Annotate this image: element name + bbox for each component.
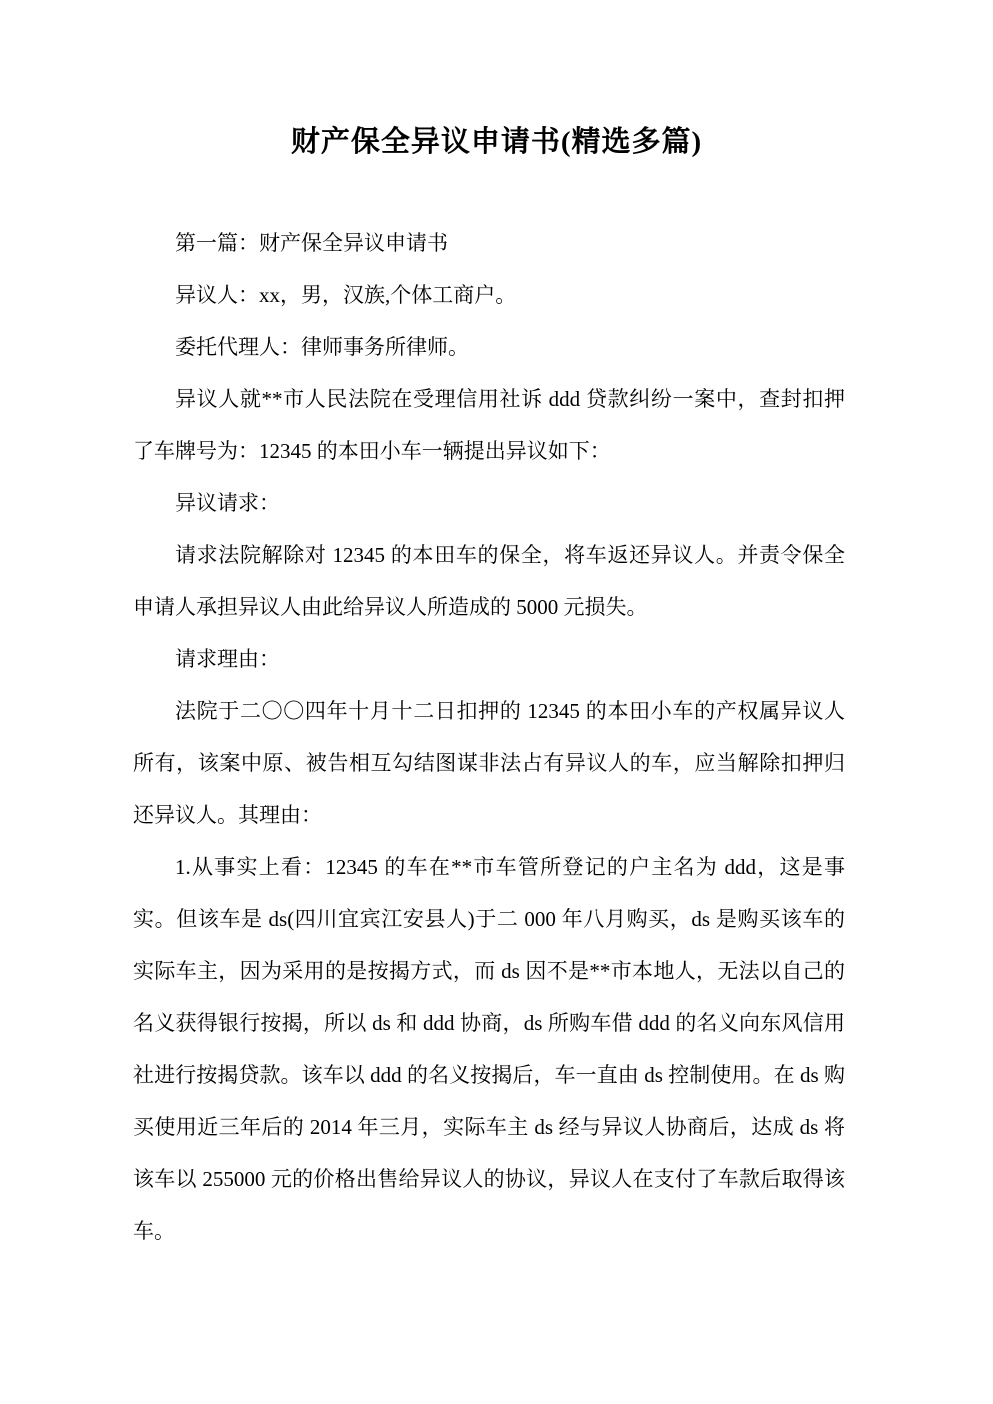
paragraph-objector-info: 异议人：xx，男，汉族,个体工商户。	[133, 269, 845, 321]
paragraph-case-background: 异议人就**市人民法院在受理信用社诉 ddd 贷款纠纷一案中，查封扣押了车牌号为…	[133, 373, 845, 477]
paragraph-objection-request-body: 请求法院解除对 12345 的本田车的保全，将车返还异议人。并责令保全申请人承担…	[133, 529, 845, 633]
paragraph-reason-summary: 法院于二〇〇四年十月十二日扣押的 12345 的本田小车的产权属异议人所有，该案…	[133, 685, 845, 841]
paragraph-agent-info: 委托代理人：律师事务所律师。	[133, 321, 845, 373]
paragraph-reason-detail-1: 1.从事实上看：12345 的车在**市车管所登记的户主名为 ddd，这是事实。…	[133, 841, 845, 1257]
paragraph-heading-first-article: 第一篇：财产保全异议申请书	[133, 217, 845, 269]
paragraph-objection-request-label: 异议请求：	[133, 477, 845, 529]
document-title: 财产保全异议申请书(精选多篇)	[0, 0, 993, 162]
document-page: 财产保全异议申请书(精选多篇) 第一篇：财产保全异议申请书 异议人：xx，男，汉…	[0, 0, 993, 1404]
document-body: 第一篇：财产保全异议申请书 异议人：xx，男，汉族,个体工商户。 委托代理人：律…	[133, 217, 845, 1257]
paragraph-request-reason-label: 请求理由：	[133, 633, 845, 685]
